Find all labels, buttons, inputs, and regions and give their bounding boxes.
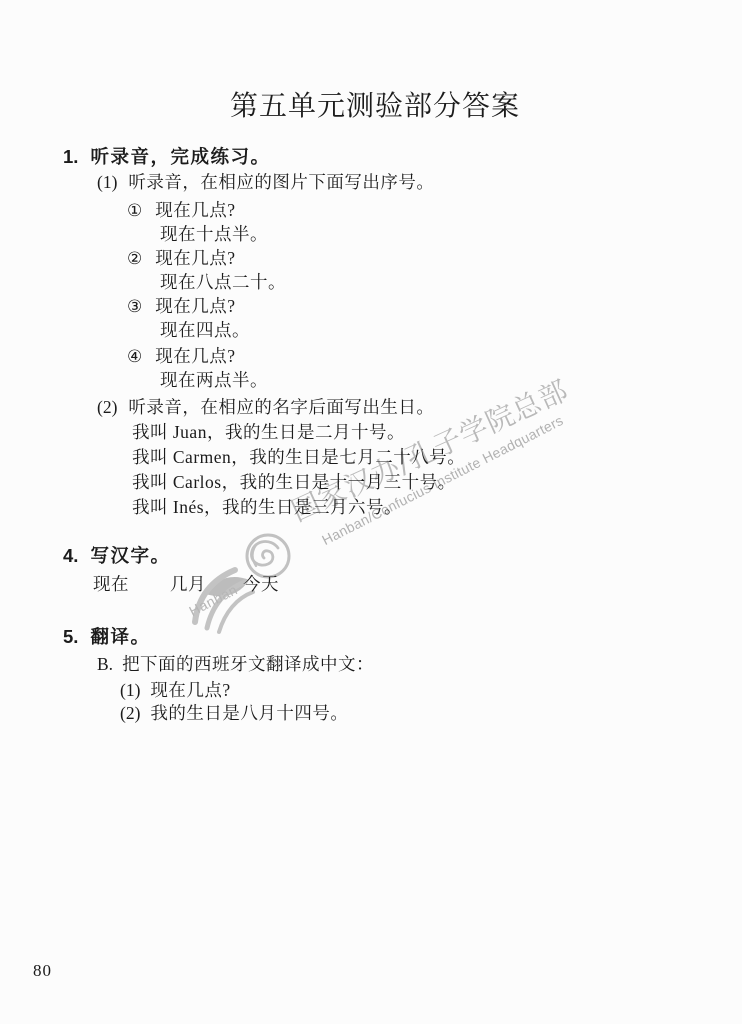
birthday-line-3: 我叫 Carlos，我的生日是十一月三十号。 — [132, 471, 456, 493]
listen-item-1-answer: 现在十点半。 — [160, 223, 268, 245]
part-1-heading: (1)听录音，在相应的图片下面写出序号。 — [97, 171, 434, 193]
hanzi-word-3: 今天 — [243, 573, 279, 595]
translate-item-2: (2)我的生日是八月十四号。 — [120, 702, 348, 724]
page-title: 第五单元测验部分答案 — [0, 84, 742, 124]
question-text-4: 现在几点? — [155, 346, 235, 366]
part-2-title: 听录音，在相应的名字后面写出生日。 — [128, 397, 434, 417]
birthday-line-2: 我叫 Carmen，我的生日是七月二十八号。 — [132, 446, 465, 468]
listen-item-3-answer: 现在四点。 — [160, 319, 250, 341]
translate-item-2-text: 我的生日是八月十四号。 — [150, 703, 348, 723]
page-content: 第五单元测验部分答案 1.听录音，完成练习。 (1)听录音，在相应的图片下面写出… — [0, 0, 742, 1024]
section-5-title: 翻译。 — [90, 626, 150, 647]
listen-item-2-answer: 现在八点二十。 — [160, 271, 286, 293]
circled-number-1: ① — [127, 200, 142, 222]
listen-item-2-question: ②现在几点? — [127, 247, 236, 270]
question-text-3: 现在几点? — [155, 296, 235, 316]
birthday-line-1: 我叫 Juan，我的生日是二月十号。 — [132, 421, 405, 443]
page-number: 80 — [33, 961, 52, 981]
part-1-number: (1) — [97, 171, 117, 193]
section-4-heading: 4.写汉字。 — [63, 545, 170, 567]
section-1-title: 听录音，完成练习。 — [90, 146, 270, 167]
listen-item-4-answer: 现在两点半。 — [160, 369, 268, 391]
question-text-1: 现在几点? — [155, 200, 235, 220]
part-2-number: (2) — [97, 396, 117, 418]
circled-number-4: ④ — [127, 346, 142, 368]
sub-b-heading: B.把下面的西班牙文翻译成中文： — [97, 653, 374, 675]
section-5-number: 5. — [63, 626, 78, 647]
hanzi-word-2: 几月 — [170, 573, 206, 595]
translate-item-1-number: (1) — [120, 679, 140, 701]
sub-b-number: B. — [97, 653, 113, 675]
scanned-textbook-page: 国家汉办/孔子学院总部 Hanban/Confucius Institute H… — [0, 0, 742, 1024]
part-1-title: 听录音，在相应的图片下面写出序号。 — [128, 172, 434, 192]
listen-item-4-question: ④现在几点? — [127, 345, 236, 368]
section-1-heading: 1.听录音，完成练习。 — [63, 146, 270, 168]
section-4-number: 4. — [63, 545, 78, 566]
hanzi-words-row: 现在几月今天 — [93, 573, 279, 595]
circled-number-3: ③ — [127, 296, 142, 318]
translate-item-1: (1)现在几点? — [120, 679, 231, 701]
section-1-number: 1. — [63, 146, 78, 167]
listen-item-3-question: ③现在几点? — [127, 295, 236, 318]
section-4-title: 写汉字。 — [90, 545, 170, 566]
question-text-2: 现在几点? — [155, 248, 235, 268]
birthday-line-4: 我叫 Inés，我的生日是三月六号。 — [132, 496, 402, 518]
sub-b-title: 把下面的西班牙文翻译成中文： — [122, 654, 374, 674]
translate-item-1-text: 现在几点? — [150, 680, 230, 700]
hanzi-word-1: 现在 — [93, 573, 129, 595]
section-5-heading: 5.翻译。 — [63, 626, 150, 648]
part-2-heading: (2)听录音，在相应的名字后面写出生日。 — [97, 396, 434, 418]
translate-item-2-number: (2) — [120, 702, 140, 724]
circled-number-2: ② — [127, 248, 142, 270]
listen-item-1-question: ①现在几点? — [127, 199, 236, 222]
